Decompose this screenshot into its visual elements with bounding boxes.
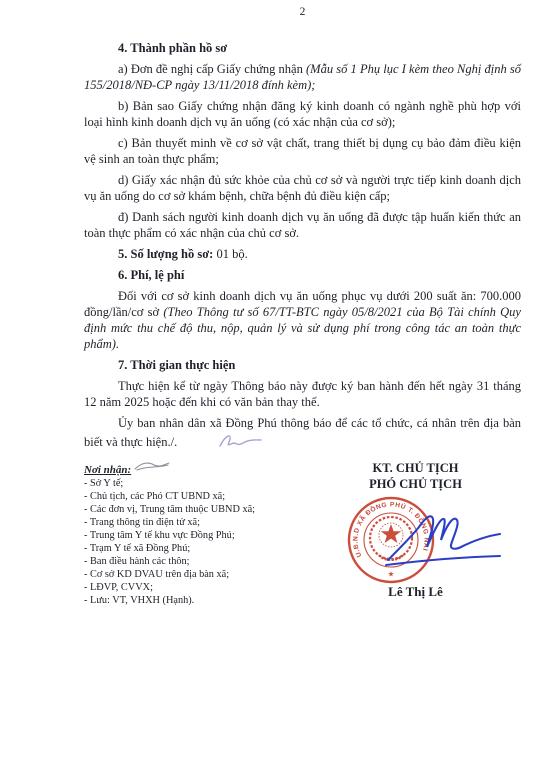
section-5-value: 01 bộ. [213, 247, 247, 261]
recipient-item: - Trạm Y tế xã Đồng Phú; [84, 542, 322, 555]
signature-block: KT. CHỦ TỊCH PHÓ CHỦ TỊCH U.B.N.D XÃ ĐỒN… [322, 460, 509, 607]
recipient-item: - Ban điều hành các thôn; [84, 555, 322, 568]
section-4-heading-text: 4. Thành phần hồ sơ [118, 41, 227, 55]
section-4-heading: 4. Thành phần hồ sơ [84, 40, 521, 56]
section-5-line: 5. Số lượng hồ sơ: 01 bộ. [84, 246, 521, 262]
paragraph-item-d: d) Giấy xác nhận đủ sức khỏe của chủ cơ … [84, 172, 521, 204]
recipient-item: - Chủ tịch, các Phó CT UBND xã; [84, 490, 322, 503]
recipient-item: - Lưu: VT, VHXH (Hạnh). [84, 594, 322, 607]
recipient-item: - Sở Y tế; [84, 477, 322, 490]
section-7-heading: 7. Thời gian thực hiện [84, 357, 521, 373]
document-page: 2 4. Thành phần hồ sơ a) Đơn đề nghị cấp… [0, 0, 551, 764]
recipient-item: - LĐVP, CVVX; [84, 581, 322, 594]
recipient-item: - Trung tâm Y tế khu vực Đồng Phú; [84, 529, 322, 542]
page-number: 2 [84, 5, 521, 19]
paragraph-closing: Ủy ban nhân dân xã Đồng Phú thông báo để… [84, 415, 521, 455]
document-footer: Nơi nhận: - Sở Y tế; - Chủ tịch, các Phó… [84, 460, 521, 607]
document-body: 4. Thành phần hồ sơ a) Đơn đề nghị cấp G… [84, 40, 521, 455]
paragraph-item-a: a) Đơn đề nghị cấp Giấy chứng nhận (Mẫu … [84, 61, 521, 93]
recipients-block: Nơi nhận: - Sở Y tế; - Chủ tịch, các Phó… [84, 460, 322, 607]
recipient-item: - Các đơn vị, Trung tâm thuộc UBND xã; [84, 503, 322, 516]
paragraph-duration: Thực hiện kể từ ngày Thông báo này được … [84, 378, 521, 410]
stamp-and-signature-area: U.B.N.D XÃ ĐỒNG PHÚ T. ĐỒNG NAI ★ [322, 492, 509, 584]
pen-squiggle-icon [133, 463, 171, 475]
signer-title-line2: PHÓ CHỦ TỊCH [322, 476, 509, 492]
paragraph-item-c: c) Bản thuyết minh về cơ sở vật chất, tr… [84, 135, 521, 167]
section-5-heading: 5. Số lượng hồ sơ: [118, 247, 213, 261]
recipients-title: Nơi nhận: [84, 460, 322, 477]
signer-name: Lê Thị Lê [322, 584, 509, 600]
section-6-heading-text: 6. Phí, lệ phí [118, 268, 184, 282]
handwritten-signature [383, 507, 503, 577]
paragraph-fee: Đối với cơ sở kinh doanh dịch vụ ăn uống… [84, 288, 521, 352]
recipient-item: - Trang thông tin điện tử xã; [84, 516, 322, 529]
handwritten-initial-mark [183, 431, 263, 455]
recipients-title-text: Nơi nhận: [84, 464, 131, 476]
paragraph-item-b: b) Bản sao Giấy chứng nhận đăng ký kinh … [84, 98, 521, 130]
section-6-heading: 6. Phí, lệ phí [84, 267, 521, 283]
signer-title-line1: KT. CHỦ TỊCH [322, 460, 509, 476]
recipient-item: - Cơ sở KD DVAU trên địa bàn xã; [84, 568, 322, 581]
paragraph-item-dd: đ) Danh sách người kinh doanh dịch vụ ăn… [84, 209, 521, 241]
section-7-heading-text: 7. Thời gian thực hiện [118, 358, 235, 372]
item-a-text: a) Đơn đề nghị cấp Giấy chứng nhận [118, 62, 306, 76]
closing-text: Ủy ban nhân dân xã Đồng Phú thông báo để… [84, 416, 521, 449]
